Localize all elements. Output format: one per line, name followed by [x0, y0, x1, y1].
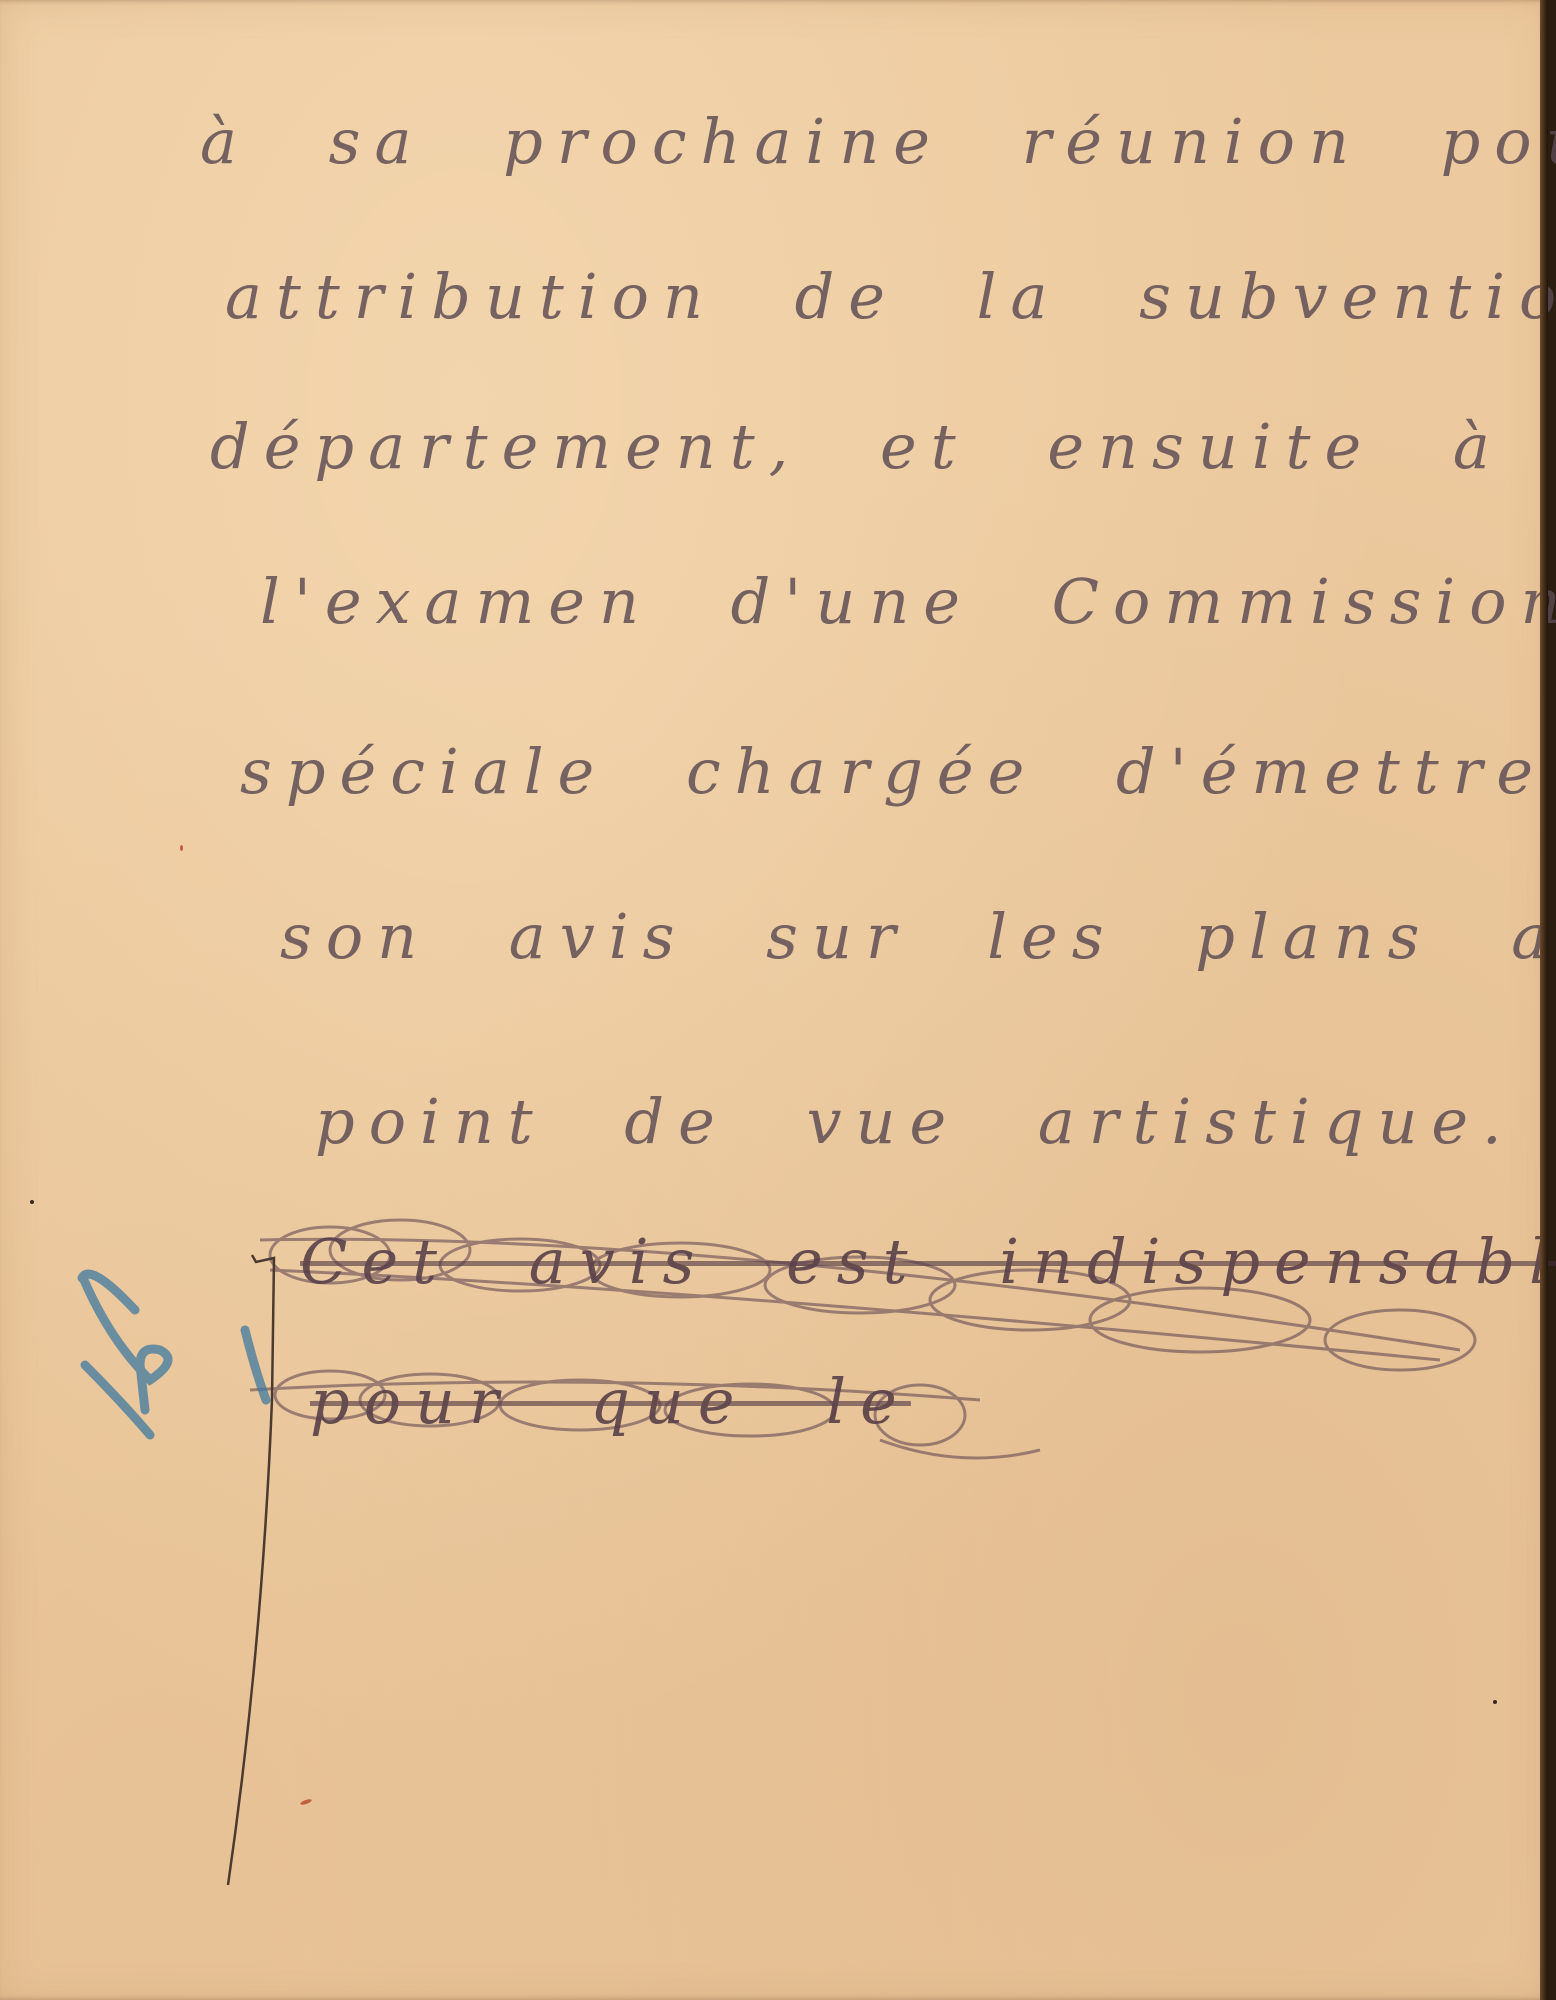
paper-speck	[30, 1200, 34, 1204]
paper-speck	[180, 845, 183, 851]
text-line-5: spéciale chargée d'émettre	[240, 735, 1547, 808]
paper-speck	[1493, 1700, 1497, 1704]
text-line-4: l'examen d'une Commission	[260, 565, 1556, 638]
paper-edge	[1540, 0, 1548, 2000]
struck-line-1: Cet avis est indispensable	[300, 1225, 1556, 1298]
text-line-2: attribution de la subvention du	[225, 260, 1556, 333]
struck-line-2: pour que le	[310, 1365, 911, 1438]
text-line-1: à sa prochaine réunion pour	[200, 105, 1556, 178]
paper-speck	[300, 1798, 313, 1806]
text-line-3: département, et ensuite à	[210, 410, 1504, 483]
text-line-7: point de vue artistique.	[315, 1085, 1516, 1158]
manuscript-page: à sa prochaine réunion pour attribution …	[0, 0, 1548, 2000]
text-line-6: son avis sur les plans au	[280, 900, 1556, 973]
